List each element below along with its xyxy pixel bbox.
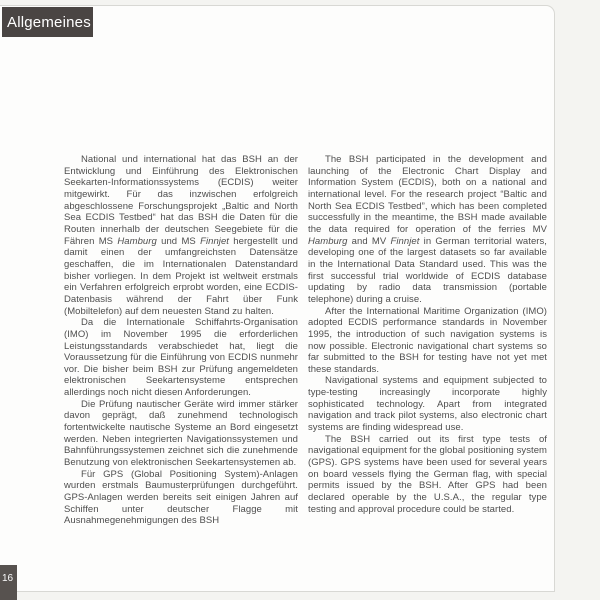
text-run: Die Prüfung nautischer Geräte wird immer… (64, 399, 298, 468)
text-column-english: The BSH participated in the development … (308, 154, 547, 515)
text-run: The BSH participated in the development … (308, 154, 547, 235)
text-run: Navigational systems and equipment subje… (308, 375, 547, 433)
paragraph: The BSH carried out its first type tests… (308, 434, 547, 516)
paragraph: After the International Maritime Organiz… (308, 306, 547, 376)
text-run: hergestellt und damit einen der umfangre… (64, 236, 298, 317)
text-run: Da die Internationale Schiffahrts-Organi… (64, 317, 298, 398)
italic-text-run: Hamburg (117, 236, 156, 247)
paragraph: Für GPS (Global Positioning System)-Anla… (64, 469, 298, 527)
paragraph: The BSH participated in the development … (308, 154, 547, 306)
italic-text-run: Finnjet (391, 236, 420, 247)
paragraph: Da die Internationale Schiffahrts-Organi… (64, 317, 298, 399)
text-run: and MV (347, 236, 390, 247)
paragraph: Navigational systems and equipment subje… (308, 375, 547, 433)
paragraph: Die Prüfung nautischer Geräte wird immer… (64, 399, 298, 469)
text-run: The BSH carried out its first type tests… (308, 434, 547, 515)
section-header-tab: Allgemeines (2, 7, 93, 37)
paragraph: National und international hat das BSH a… (64, 154, 298, 317)
text-run: After the International Maritime Organiz… (308, 306, 547, 375)
text-run: und MS (157, 236, 200, 247)
page-number-box: 16 (0, 565, 17, 600)
text-column-german: National und international hat das BSH a… (64, 154, 298, 527)
italic-text-run: Finnjet (200, 236, 229, 247)
page-number: 16 (2, 573, 13, 584)
text-run: National und international hat das BSH a… (64, 154, 298, 247)
section-header-label: Allgemeines (7, 14, 91, 31)
text-run: Für GPS (Global Positioning System)-Anla… (64, 469, 298, 527)
italic-text-run: Hamburg (308, 236, 347, 247)
